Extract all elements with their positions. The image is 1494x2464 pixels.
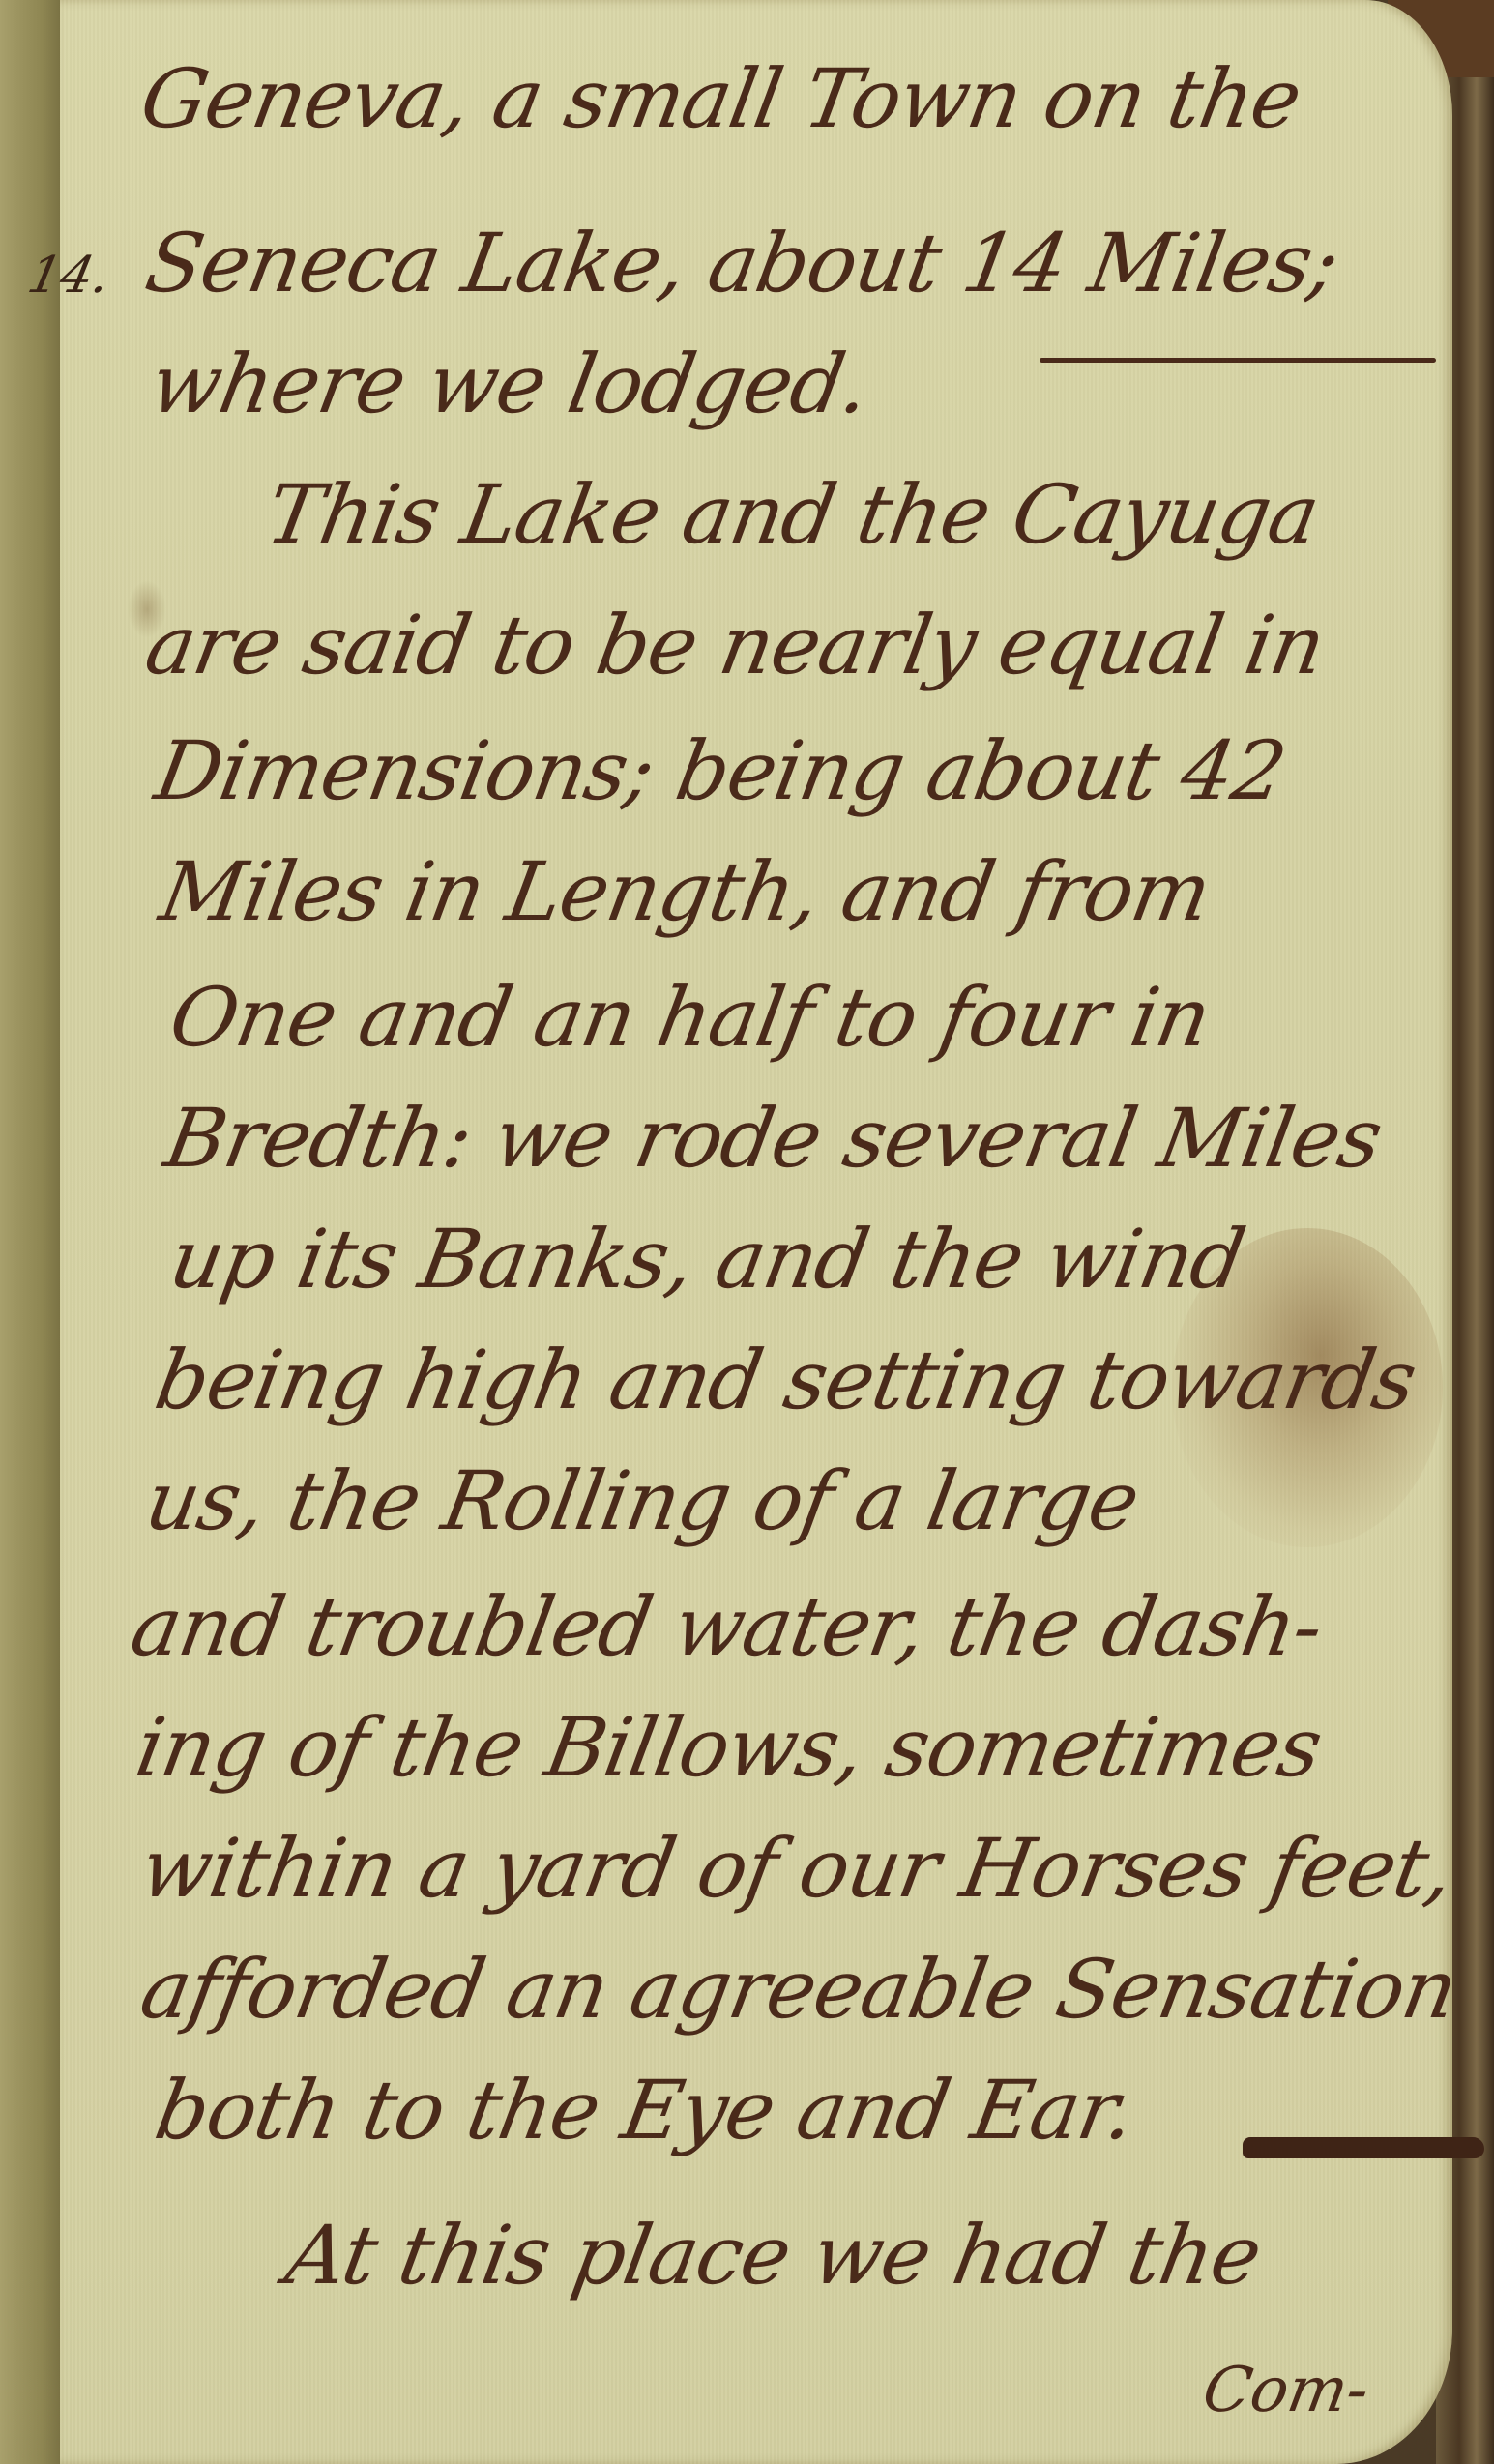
manuscript-line: ing of the Billows, sometimes bbox=[131, 1707, 1327, 1788]
manuscript-line: Geneva, a small Town on the bbox=[135, 58, 1306, 139]
manuscript-line: This Lake and the Cayuga bbox=[261, 474, 1324, 555]
manuscript-line: Miles in Length, and from bbox=[155, 851, 1216, 932]
manuscript-line: and troubled water, the dash- bbox=[126, 1586, 1328, 1667]
manuscript-line: One and an half to four in bbox=[164, 977, 1216, 1058]
line-filler-rule bbox=[1040, 358, 1436, 363]
manuscript-line: up its Banks, and the wind bbox=[164, 1218, 1250, 1300]
line-filler-rule bbox=[1243, 2137, 1484, 2158]
margin-page-note: 14. bbox=[23, 247, 115, 305]
manuscript-line: Dimensions; being about 42 bbox=[150, 730, 1291, 811]
manuscript-line: At this place we had the bbox=[280, 2215, 1267, 2296]
manuscript-line: afforded an agreeable Sensation bbox=[135, 1949, 1462, 2030]
book-binding-edge bbox=[0, 0, 62, 2464]
manuscript-line: are said to be nearly equal in bbox=[140, 604, 1330, 686]
manuscript-line: Seneca Lake, about 14 Miles; bbox=[140, 222, 1344, 304]
manuscript-line: Bredth: we rode several Miles bbox=[160, 1098, 1388, 1179]
manuscript-line: within a yard of our Horses feet, bbox=[135, 1828, 1459, 1909]
manuscript-line: where we lodged. bbox=[145, 343, 875, 425]
catchword: Com- bbox=[1197, 2355, 1374, 2426]
manuscript-line: us, the Rolling of a large bbox=[140, 1460, 1144, 1541]
manuscript-line: both to the Eye and Ear. bbox=[150, 2069, 1140, 2151]
manuscript-line: being high and setting towards bbox=[150, 1339, 1421, 1421]
